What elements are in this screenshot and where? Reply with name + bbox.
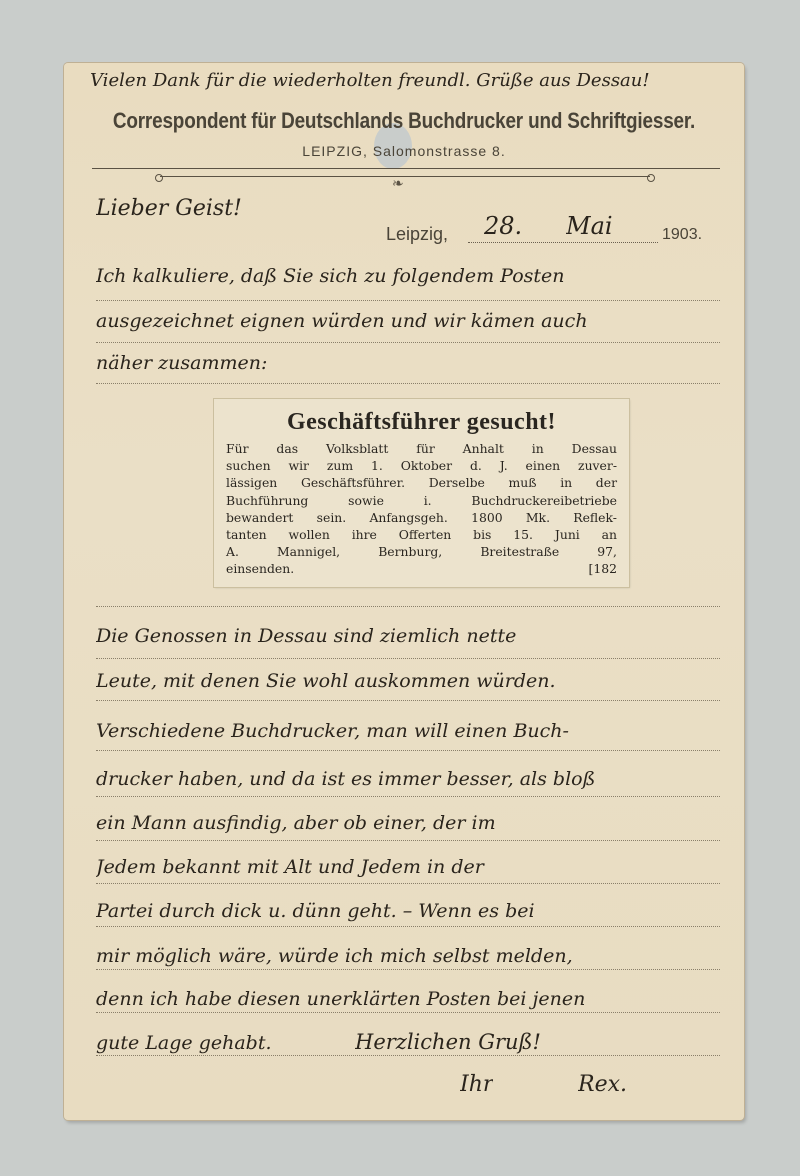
clipping-closing: einsenden.: [226, 560, 294, 577]
dotted-rule: [96, 1055, 720, 1056]
top-handwritten-note: Vielen Dank für die wiederholten freundl…: [90, 70, 740, 91]
dotted-rule: [96, 969, 720, 970]
signature-ihr: Ihr: [460, 1072, 493, 1097]
body-line: ein Mann ausfindig, aber ob einer, der i…: [96, 812, 736, 834]
intro-line: Ich kalkuliere, daß Sie sich zu folgende…: [96, 265, 736, 287]
ornament-scroll-right: [647, 174, 655, 182]
dotted-rule: [96, 796, 720, 797]
clipping-headline: Geschäftsführer gesucht!: [226, 409, 617, 436]
dotted-rule: [96, 658, 720, 659]
dotted-rule: [96, 1012, 720, 1013]
salutation: Lieber Geist!: [96, 196, 242, 221]
date-month: Mai: [566, 212, 613, 240]
body-line: Jedem bekannt mit Alt und Jedem in der: [96, 856, 736, 878]
clipping-line: tanten wollen ihre Offerten bis 15. Juni…: [226, 526, 617, 543]
dotted-rule: [96, 383, 720, 384]
clipping-last-line: einsenden. [182: [226, 560, 617, 577]
dotted-rule: [96, 926, 720, 927]
ornament-scroll-left: [155, 174, 163, 182]
dotted-rule: [96, 700, 720, 701]
dotted-rule: [96, 342, 720, 343]
date-place: Leipzig,: [386, 224, 448, 245]
dotted-rule: [96, 750, 720, 751]
dotted-rule: [96, 300, 720, 301]
body-line: Partei durch dick u. dünn geht. – Wenn e…: [96, 900, 736, 922]
signature-name: Rex.: [578, 1072, 627, 1097]
dateline: Leipzig, 28. Mai 1903.: [386, 212, 726, 246]
body-line: mir möglich wäre, würde ich mich selbst …: [96, 945, 736, 967]
closing-greeting: Herzlichen Gruß!: [355, 1030, 541, 1054]
clipping-line: Buchführung sowie i. Buchdruckereibetrie…: [226, 492, 617, 509]
body-line: Leute, mit denen Sie wohl auskommen würd…: [96, 670, 736, 692]
body-line: gute Lage gehabt.: [96, 1032, 296, 1054]
letterhead-address: LEIPZIG, Salomonstrasse 8.: [64, 143, 744, 159]
date-day: 28.: [484, 212, 522, 240]
ornament-flourish-icon: ❧: [392, 176, 404, 190]
clipping-line: lässigen Geschäftsführer. Derselbe muß i…: [226, 474, 617, 491]
intro-line: näher zusammen:: [96, 352, 736, 374]
dotted-rule: [96, 840, 720, 841]
intro-line: ausgezeichnet eignen würden und wir käme…: [96, 310, 736, 332]
body-line: Verschiedene Buchdrucker, man will einen…: [96, 720, 736, 742]
clipping-line: A. Mannigel, Bernburg, Breitestraße 97,: [226, 543, 617, 560]
ornamental-rule: [160, 176, 650, 177]
clipping-line: suchen wir zum 1. Oktober d. J. einen zu…: [226, 457, 617, 474]
dotted-rule: [96, 883, 720, 884]
dotted-rule: [96, 606, 720, 607]
body-line: denn ich habe diesen unerklärten Posten …: [96, 988, 736, 1010]
body-line: drucker haben, und da ist es immer besse…: [96, 768, 736, 790]
clipping-line: bewandert sein. Anfangsgeh. 1800 Mk. Ref…: [226, 509, 617, 526]
body-line: Die Genossen in Dessau sind ziemlich net…: [96, 625, 736, 647]
clipping-line: Für das Volksblatt für Anhalt in Dessau: [226, 440, 617, 457]
newspaper-clipping: Geschäftsführer gesucht! Für das Volksbl…: [214, 399, 629, 587]
letterhead-title: Correspondent für Deutschlands Buchdruck…: [112, 108, 697, 134]
date-year: 1903.: [662, 226, 702, 244]
letterhead-rule: [92, 168, 720, 169]
date-dotted-line: [468, 242, 658, 243]
clipping-ref-number: [182: [589, 560, 617, 577]
